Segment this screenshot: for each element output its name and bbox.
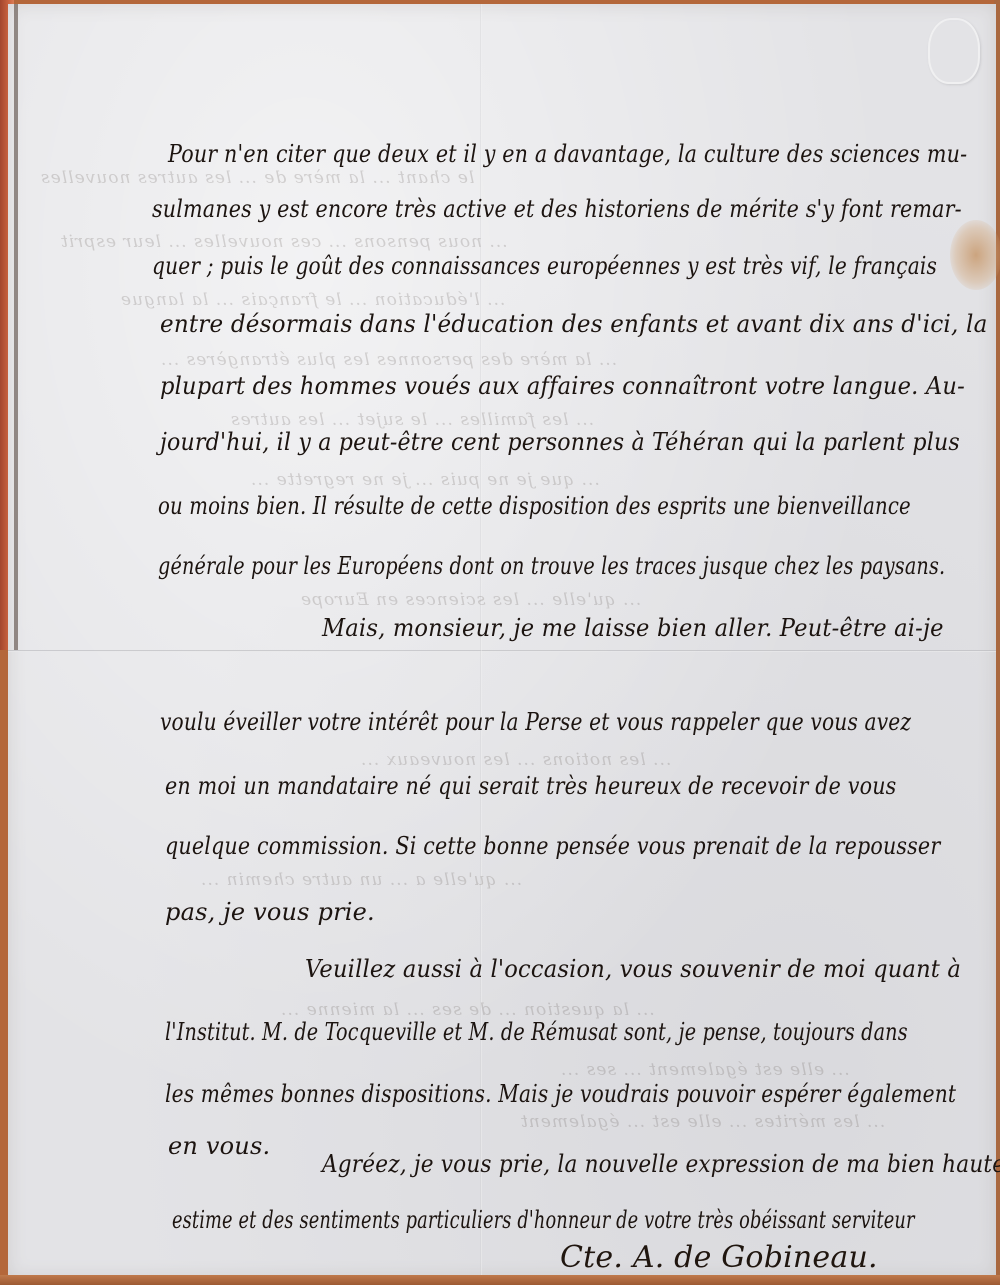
letter-line: quelque commission. Si cette bonne pensé… [165,832,940,860]
bleed-through-text: le chant ... la mère de ... les autres n… [40,168,474,188]
paper-edge-shadow [14,4,18,650]
bleed-through-text: ... les notions ... les nouveaux ... [360,750,671,770]
bleed-through-text: ... les familles ... le sujet ... les au… [230,410,594,430]
bleed-through-text: ... l'éducation ... le français ... la l… [120,290,505,310]
letter-line: Agréez, je vous prie, la nouvelle expres… [322,1150,1000,1178]
letter-line: l'Institut. M. de Tocqueville et M. de R… [165,1018,908,1046]
letter-line: pas, je vous prie. [165,898,375,926]
letter-line: quer ; puis le goût des connaissances eu… [152,252,937,280]
bleed-through-text: ... la question ... de ses ... la mienne… [280,1000,655,1020]
letter-line: entre désormais dans l'éducation des enf… [160,310,988,338]
background-bottom-edge [0,1275,1000,1285]
letter-line: Pour n'en citer que deux et il y en a da… [168,140,967,168]
bleed-through-text: ... qu'elle ... les sciences en Europe [300,590,641,610]
bleed-through-text: ... la mère des personnes les plus étran… [160,350,617,370]
bleed-through-text: ... que je ne puis ... je ne regrette ..… [250,470,600,490]
letter-line: ou moins bien. Il résulte de cette dispo… [158,492,911,520]
bleed-through-text: ... nous pensons ... ces nouvelles ... l… [60,232,508,252]
letter-line: estime et des sentiments particuliers d'… [172,1206,915,1234]
letter-line: jourd'hui, il y a peut-être cent personn… [160,428,960,456]
letter-line: les mêmes bonnes dispositions. Mais je v… [165,1080,956,1108]
letter-line: en vous. [168,1132,270,1160]
letter-line: plupart des hommes voués aux affaires co… [160,372,965,400]
foxing-stain [950,220,1000,290]
letter-line: générale pour les Européens dont on trou… [158,552,945,580]
embossed-stamp [928,18,980,84]
letter-line: voulu éveiller votre intérêt pour la Per… [160,708,911,736]
bleed-through-text: ... qu'elle a ... un autre chemin ... [200,870,522,890]
letter-line: Veuillez aussi à l'occasion, vous souven… [305,955,961,983]
bleed-through-text: ... les mérites ... elle est ... égaleme… [520,1112,885,1132]
letter-line: Mais, monsieur, je me laisse bien aller.… [322,614,944,642]
letter-line: sulmanes y est encore très active et des… [152,195,962,223]
horizontal-fold-line [8,650,996,652]
bleed-through-text: ... elle est également ... ses ... [560,1060,850,1080]
letter-line: en moi un mandataire né qui serait très … [165,772,896,800]
signature: Cte. A. de Gobineau. [560,1240,878,1275]
